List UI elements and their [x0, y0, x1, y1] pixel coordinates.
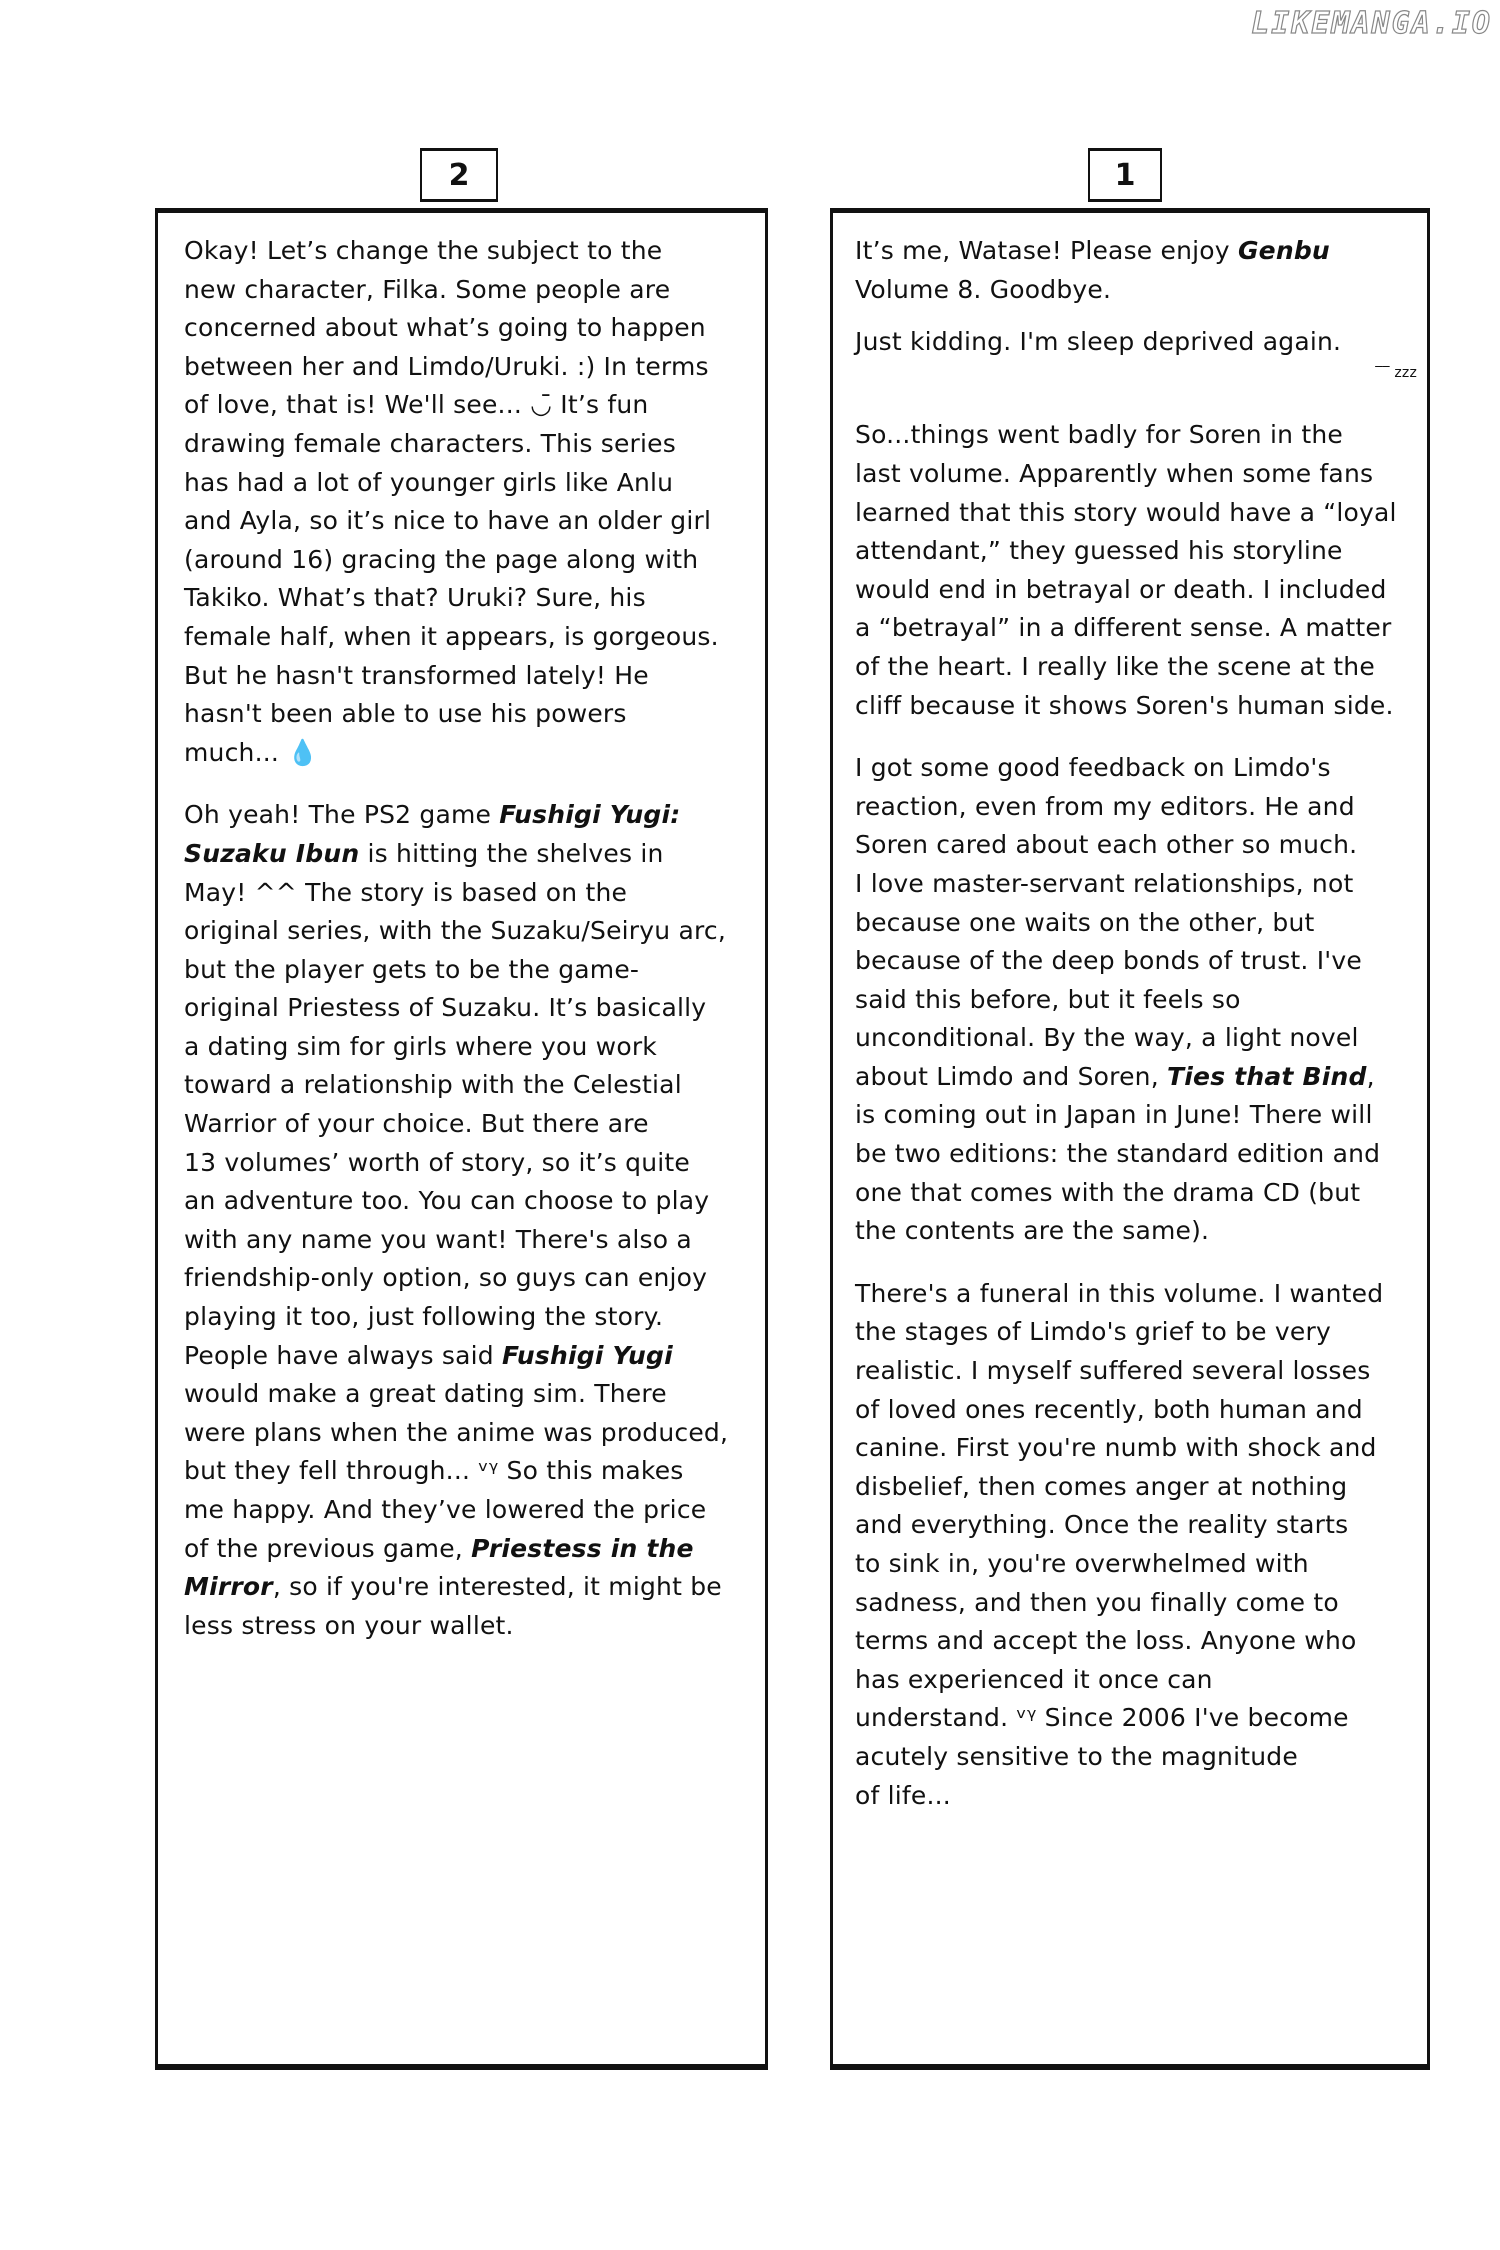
text-line: drawing female characters. This series: [184, 425, 728, 464]
text-run: is coming out in Japan in June! There wi…: [855, 1100, 1373, 1129]
text-run: has had a lot of younger girls like Anlu: [184, 468, 673, 497]
text-run: So...things went badly for Soren in the: [855, 420, 1343, 449]
paragraph: Just kidding. I'm sleep deprived again.‾…: [855, 323, 1415, 392]
text-run: and everything. Once the reality starts: [855, 1510, 1348, 1539]
text-run: reaction, even from my editors. He and: [855, 792, 1355, 821]
title-text: Suzaku Ibun: [184, 839, 359, 868]
text-run: It’s me, Watase! Please enjoy: [855, 236, 1238, 265]
text-line: about Limdo and Soren, Ties that Bind,: [855, 1058, 1415, 1097]
text-run: of loved ones recently, both human and: [855, 1395, 1363, 1424]
text-line: There's a funeral in this volume. I want…: [855, 1275, 1415, 1314]
text-run: sadness, and then you finally come to: [855, 1588, 1339, 1617]
text-run: ,: [1367, 1062, 1375, 1091]
text-run: but the player gets to be the game-: [184, 955, 639, 984]
text-line: a dating sim for girls where you work: [184, 1028, 728, 1067]
text-run: original series, with the Suzaku/Seiryu …: [184, 916, 726, 945]
watermark: LIKEMANGA.IO: [1251, 6, 1492, 41]
title-text: Fushigi Yugi: [502, 1341, 673, 1370]
text-line: It’s me, Watase! Please enjoy Genbu: [855, 232, 1415, 271]
text-run: to sink in, you're overwhelmed with: [855, 1549, 1309, 1578]
text-run: would end in betrayal or death. I includ…: [855, 575, 1387, 604]
text-line: the stages of Limdo's grief to be very: [855, 1313, 1415, 1352]
title-text: Genbu: [1238, 236, 1330, 265]
text-line: would make a great dating sim. There: [184, 1375, 728, 1414]
text-line: a “betrayal” in a different sense. A mat…: [855, 609, 1415, 648]
text-run: of love, that is! We'll see... ◡̄ It’s f…: [184, 390, 648, 419]
text-line: But he hasn't transformed lately! He: [184, 657, 728, 696]
text-run: would make a great dating sim. There: [184, 1379, 667, 1408]
paragraph: Okay! Let’s change the subject to thenew…: [184, 232, 728, 772]
text-run: acutely sensitive to the magnitude: [855, 1742, 1298, 1771]
text-line: because one waits on the other, but: [855, 904, 1415, 943]
text-run: canine. First you're numb with shock and: [855, 1433, 1377, 1462]
text-line: Volume 8. Goodbye.: [855, 271, 1415, 310]
text-run: Okay! Let’s change the subject to the: [184, 236, 662, 265]
text-line: would end in betrayal or death. I includ…: [855, 571, 1415, 610]
page-number-2: 2: [420, 148, 498, 202]
text-run: the stages of Limdo's grief to be very: [855, 1317, 1331, 1346]
text-run: toward a relationship with the Celestial: [184, 1070, 682, 1099]
text-line: So...things went badly for Soren in the: [855, 416, 1415, 455]
paragraph: I got some good feedback on Limdo'sreact…: [855, 749, 1415, 1251]
text-run: original Priestess of Suzaku. It’s basic…: [184, 993, 706, 1022]
text-line: sadness, and then you finally come to: [855, 1584, 1415, 1623]
text-run: about Limdo and Soren,: [855, 1062, 1167, 1091]
text-run: disbelief, then comes anger at nothing: [855, 1472, 1347, 1501]
paragraph-gap: [855, 1251, 1415, 1275]
text-line: of love, that is! We'll see... ◡̄ It’s f…: [184, 386, 728, 425]
text-run: female half, when it appears, is gorgeou…: [184, 622, 719, 651]
text-line: friendship-only option, so guys can enjo…: [184, 1259, 728, 1298]
text-line: acutely sensitive to the magnitude: [855, 1738, 1415, 1777]
text-run: between her and Limdo/Uruki. :) In terms: [184, 352, 709, 381]
text-line: concerned about what’s going to happen: [184, 309, 728, 348]
text-run: one that comes with the drama CD (but: [855, 1178, 1360, 1207]
text-run: Soren cared about each other so much.: [855, 830, 1357, 859]
title-text: Fushigi Yugi:: [499, 800, 680, 829]
text-run: cliff because it shows Soren's human sid…: [855, 691, 1394, 720]
text-line: is coming out in Japan in June! There wi…: [855, 1096, 1415, 1135]
text-line: the contents are the same).: [855, 1212, 1415, 1251]
text-run: because one waits on the other, but: [855, 908, 1315, 937]
text-line: new character, Filka. Some people are: [184, 271, 728, 310]
text-line: last volume. Apparently when some fans: [855, 455, 1415, 494]
text-run: I love master-servant relationships, not: [855, 869, 1353, 898]
text-line: an adventure too. You can choose to play: [184, 1182, 728, 1221]
text-line: between her and Limdo/Uruki. :) In terms: [184, 348, 728, 387]
text-run: Oh yeah! The PS2 game: [184, 800, 499, 829]
text-line: of the heart. I really like the scene at…: [855, 648, 1415, 687]
text-line: of the previous game, Priestess in the: [184, 1530, 728, 1569]
text-line: said this before, but it feels so: [855, 981, 1415, 1020]
text-line: be two editions: the standard edition an…: [855, 1135, 1415, 1174]
text-run: because of the deep bonds of trust. I've: [855, 946, 1362, 975]
text-line: unconditional. By the way, a light novel: [855, 1019, 1415, 1058]
text-line: Suzaku Ibun is hitting the shelves in: [184, 835, 728, 874]
text-line: People have always said Fushigi Yugi: [184, 1337, 728, 1376]
text-line: to sink in, you're overwhelmed with: [855, 1545, 1415, 1584]
text-line: original series, with the Suzaku/Seiryu …: [184, 912, 728, 951]
text-run: understand. ᵛᵞ Since 2006 I've become: [855, 1703, 1349, 1732]
text-line: toward a relationship with the Celestial: [184, 1066, 728, 1105]
text-run: last volume. Apparently when some fans: [855, 459, 1373, 488]
text-run: but they fell through... ᵛᵞ So this make…: [184, 1456, 684, 1485]
text-line: has had a lot of younger girls like Anlu: [184, 464, 728, 503]
text-line: (around 16) gracing the page along with: [184, 541, 728, 580]
title-text: Mirror: [184, 1572, 273, 1601]
text-line: attendant,” they guessed his storyline: [855, 532, 1415, 571]
text-run: realistic. I myself suffered several los…: [855, 1356, 1370, 1385]
text-run: of the heart. I really like the scene at…: [855, 652, 1375, 681]
text-run: concerned about what’s going to happen: [184, 313, 706, 342]
text-line: cliff because it shows Soren's human sid…: [855, 687, 1415, 726]
text-run: playing it too, just following the story…: [184, 1302, 663, 1331]
text-line: understand. ᵛᵞ Since 2006 I've become: [855, 1699, 1415, 1738]
sleepy-face-icon: ‾‾ zzz: [857, 354, 1417, 393]
text-run: the contents are the same).: [855, 1216, 1209, 1245]
text-line: were plans when the anime was produced,: [184, 1414, 728, 1453]
text-run: May! ^^ The story is based on the: [184, 878, 627, 907]
text-line: playing it too, just following the story…: [184, 1298, 728, 1337]
text-run: , so if you're interested, it might be: [273, 1572, 722, 1601]
text-run: much... 💧: [184, 738, 319, 767]
text-line: and everything. Once the reality starts: [855, 1506, 1415, 1545]
paragraph-gap: [855, 392, 1415, 416]
column-text-page-1: It’s me, Watase! Please enjoy GenbuVolum…: [855, 232, 1415, 1815]
text-run: But he hasn't transformed lately! He: [184, 661, 649, 690]
text-run: attendant,” they guessed his storyline: [855, 536, 1343, 565]
paragraph: There's a funeral in this volume. I want…: [855, 1275, 1415, 1815]
text-line: of life...: [855, 1777, 1415, 1816]
text-run: less stress on your wallet.: [184, 1611, 514, 1640]
text-run: I got some good feedback on Limdo's: [855, 753, 1331, 782]
paragraph-gap: [855, 309, 1415, 323]
text-run: unconditional. By the way, a light novel: [855, 1023, 1359, 1052]
text-line: with any name you want! There's also a: [184, 1221, 728, 1260]
title-text: Ties that Bind: [1167, 1062, 1367, 1091]
text-run: There's a funeral in this volume. I want…: [855, 1279, 1383, 1308]
text-run: of life...: [855, 1781, 951, 1810]
text-run: an adventure too. You can choose to play: [184, 1186, 709, 1215]
text-line: 13 volumes’ worth of story, so it’s quit…: [184, 1144, 728, 1183]
text-line: one that comes with the drama CD (but: [855, 1174, 1415, 1213]
text-line: much... 💧: [184, 734, 728, 773]
text-run: friendship-only option, so guys can enjo…: [184, 1263, 707, 1292]
text-line: and Ayla, so it’s nice to have an older …: [184, 502, 728, 541]
text-line: Soren cared about each other so much.: [855, 826, 1415, 865]
text-run: (around 16) gracing the page along with: [184, 545, 698, 574]
text-line: Warrior of your choice. But there are: [184, 1105, 728, 1144]
text-run: be two editions: the standard edition an…: [855, 1139, 1380, 1168]
text-run: hasn't been able to use his powers: [184, 699, 627, 728]
text-run: People have always said: [184, 1341, 502, 1370]
column-text-page-2: Okay! Let’s change the subject to thenew…: [184, 232, 728, 1645]
text-line: but they fell through... ᵛᵞ So this make…: [184, 1452, 728, 1491]
text-line: Okay! Let’s change the subject to the: [184, 232, 728, 271]
text-run: Takiko. What’s that? Uruki? Sure, his: [184, 583, 646, 612]
text-run: terms and accept the loss. Anyone who: [855, 1626, 1357, 1655]
text-run: learned that this story would have a “lo…: [855, 498, 1397, 527]
text-line: female half, when it appears, is gorgeou…: [184, 618, 728, 657]
paragraph: So...things went badly for Soren in thel…: [855, 416, 1415, 725]
text-run: drawing female characters. This series: [184, 429, 676, 458]
text-line: I got some good feedback on Limdo's: [855, 749, 1415, 788]
text-line: Takiko. What’s that? Uruki? Sure, his: [184, 579, 728, 618]
text-line: of loved ones recently, both human and: [855, 1391, 1415, 1430]
paragraph: It’s me, Watase! Please enjoy GenbuVolum…: [855, 232, 1415, 309]
text-line: has experienced it once can: [855, 1661, 1415, 1700]
text-line: Mirror, so if you're interested, it migh…: [184, 1568, 728, 1607]
text-line: May! ^^ The story is based on the: [184, 874, 728, 913]
text-run: me happy. And they’ve lowered the price: [184, 1495, 706, 1524]
text-run: is hitting the shelves in: [359, 839, 663, 868]
text-line: canine. First you're numb with shock and: [855, 1429, 1415, 1468]
text-line: original Priestess of Suzaku. It’s basic…: [184, 989, 728, 1028]
text-run: Volume 8. Goodbye.: [855, 275, 1111, 304]
paragraph-gap: [184, 772, 728, 796]
title-text: Priestess in the: [471, 1534, 694, 1563]
text-line: hasn't been able to use his powers: [184, 695, 728, 734]
text-line: less stress on your wallet.: [184, 1607, 728, 1646]
text-line: learned that this story would have a “lo…: [855, 494, 1415, 533]
text-run: were plans when the anime was produced,: [184, 1418, 728, 1447]
text-line: but the player gets to be the game-: [184, 951, 728, 990]
text-run: with any name you want! There's also a: [184, 1225, 692, 1254]
paragraph: Oh yeah! The PS2 game Fushigi Yugi:Suzak…: [184, 796, 728, 1645]
text-line: reaction, even from my editors. He and: [855, 788, 1415, 827]
text-run: has experienced it once can: [855, 1665, 1213, 1694]
text-run: of the previous game,: [184, 1534, 471, 1563]
text-line: I love master-servant relationships, not: [855, 865, 1415, 904]
text-line: terms and accept the loss. Anyone who: [855, 1622, 1415, 1661]
text-run: a dating sim for girls where you work: [184, 1032, 657, 1061]
text-line: because of the deep bonds of trust. I've: [855, 942, 1415, 981]
text-run: Warrior of your choice. But there are: [184, 1109, 649, 1138]
text-run: and Ayla, so it’s nice to have an older …: [184, 506, 711, 535]
page-number-1: 1: [1088, 148, 1162, 202]
text-line: me happy. And they’ve lowered the price: [184, 1491, 728, 1530]
text-line: realistic. I myself suffered several los…: [855, 1352, 1415, 1391]
text-run: Just kidding. I'm sleep deprived again.: [855, 327, 1341, 356]
text-line: Oh yeah! The PS2 game Fushigi Yugi:: [184, 796, 728, 835]
paragraph-gap: [855, 725, 1415, 749]
text-run: said this before, but it feels so: [855, 985, 1241, 1014]
text-run: a “betrayal” in a different sense. A mat…: [855, 613, 1391, 642]
text-line: disbelief, then comes anger at nothing: [855, 1468, 1415, 1507]
text-run: 13 volumes’ worth of story, so it’s quit…: [184, 1148, 690, 1177]
text-run: new character, Filka. Some people are: [184, 275, 670, 304]
